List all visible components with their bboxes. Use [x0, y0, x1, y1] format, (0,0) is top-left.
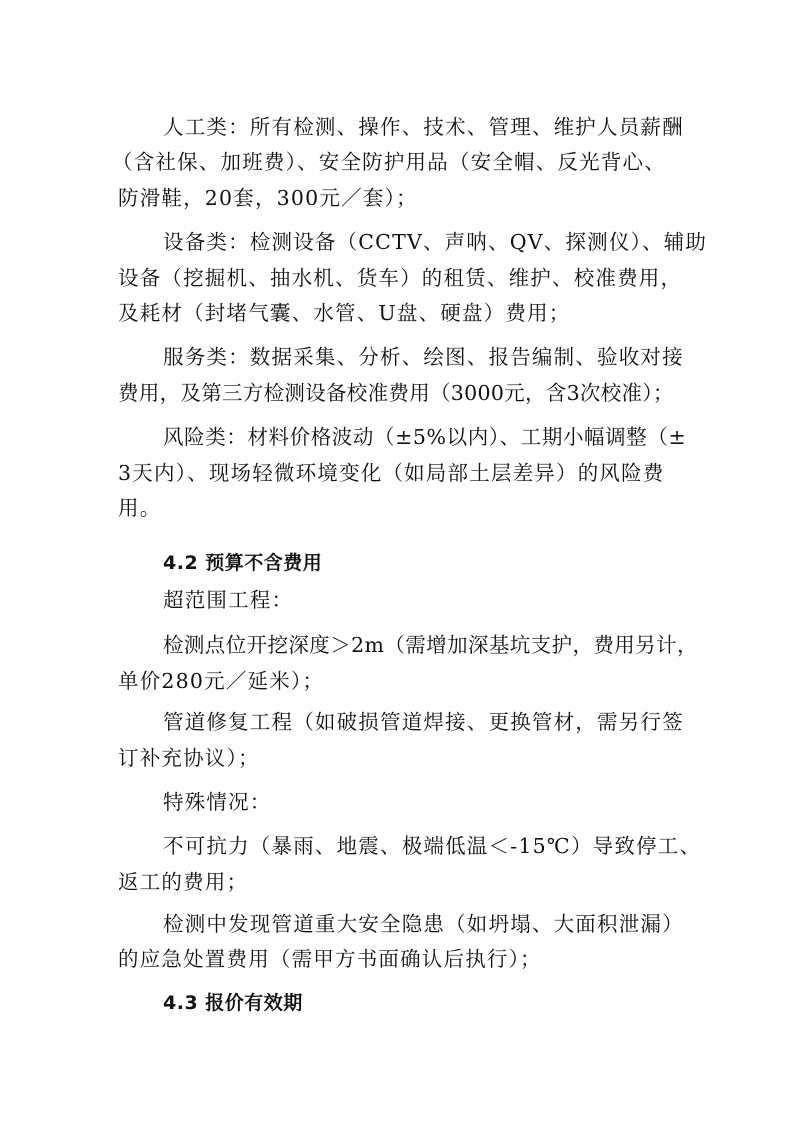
text-line: 及耗材（封堵气囊、水管、U盘、硬盘）费用；: [118, 299, 570, 327]
text-line: 不可抗力（暴雨、地震、极端低温＜-15℃）导致停工、: [163, 832, 701, 860]
text-line: 人工类：所有检测、操作、技术、管理、维护人员薪酬: [163, 113, 684, 141]
text-line: 服务类：数据采集、分析、绘图、报告编制、验收对接: [163, 343, 684, 371]
text-line: 单价280元／延米）；: [118, 667, 324, 695]
text-line: 用。: [118, 494, 161, 522]
text-line: 费用，及第三方检测设备校准费用（3000元，含3次校准）；: [118, 379, 674, 407]
section-heading-4-2: 4.2 预算不含费用: [163, 549, 322, 577]
text-line: 检测中发现管道重大安全隐患（如坍塌、大面积泄漏）: [163, 910, 684, 938]
label-out-of-scope: 超范围工程：: [163, 586, 293, 614]
text-line: （含社保、加班费）、安全防护用品（安全帽、反光背心、: [112, 148, 666, 176]
text-line: 检测点位开挖深度＞2m（需增加深基坑支护，费用另计，: [163, 631, 698, 659]
section-heading-4-3: 4.3 报价有效期: [163, 989, 303, 1017]
text-line: 订补充协议）；: [118, 744, 260, 772]
text-line: 防滑鞋，20套，300元／套）；: [118, 184, 418, 212]
text-line: 设备（挖掘机、抽水机、货车）的租赁、维护、校准费用，: [118, 264, 682, 292]
text-line: 管道修复工程（如破损管道焊接、更换管材，需另行签: [163, 708, 684, 736]
text-line: 返工的费用；: [118, 868, 248, 896]
text-line: 设备类：检测设备（CCTV、声呐、QV、探测仪）、辅助: [163, 228, 707, 256]
text-line: 3天内）、现场轻微环境变化（如局部土层差异）的风险费: [118, 459, 665, 487]
text-line: 的应急处置费用（需甲方书面确认后执行）；: [118, 945, 542, 973]
label-special-cases: 特殊情况：: [163, 788, 272, 816]
text-line: 风险类：材料价格波动（±5%以内）、工期小幅调整（±: [163, 423, 686, 451]
